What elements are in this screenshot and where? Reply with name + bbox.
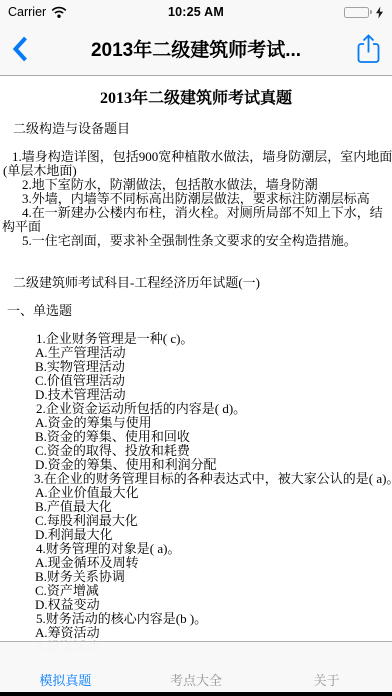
doc-line: A.生产管理活动 [0, 346, 392, 360]
doc-line: 1.企业财务管理是一种( c)。 [0, 332, 392, 346]
doc-line: 2.地下室防水，防潮做法，包括散水做法，墙身防潮 [0, 178, 392, 192]
charging-bolt-icon [375, 6, 384, 19]
doc-line [0, 262, 392, 276]
doc-line: B.实物管理活动 [0, 360, 392, 374]
bottom-black-bar [0, 692, 392, 696]
carrier-label: Carrier [8, 5, 46, 19]
doc-line: C.资产增减 [0, 584, 392, 598]
doc-line: D.权益变动 [0, 598, 392, 612]
doc-line: 二级构造与设备题目 [0, 122, 392, 136]
battery-icon [344, 7, 372, 18]
document-title: 2013年二级建筑师考试真题 [0, 89, 392, 108]
doc-line: 二级建筑师考试科目-工程经济历年试题(一) [0, 276, 392, 290]
status-time: 10:25 AM [128, 5, 264, 19]
doc-line: A.现金循环及周转 [0, 556, 392, 570]
status-bar: Carrier 10:25 AM [0, 0, 392, 22]
doc-line: 2.企业资金运动所包括的内容是( d)。 [0, 402, 392, 416]
doc-line: C.每股利润最大化 [0, 514, 392, 528]
doc-line [0, 136, 392, 150]
doc-line: 3.在企业的财务管理目标的各种表达式中，被大家公认的是( a)。 [0, 472, 392, 486]
tab-about[interactable]: 关于 [261, 642, 392, 692]
document-view[interactable]: 2013年二级建筑师考试真题 二级构造与设备题目1.墙身构造详图，包括900宽种… [0, 77, 392, 696]
share-icon [355, 33, 382, 64]
doc-line: 5.财务活动的核心内容是(b )。 [0, 612, 392, 626]
document-body: 二级构造与设备题目1.墙身构造详图，包括900宽种植散水做法，墙身防潮层，室内地… [0, 122, 392, 654]
doc-line [0, 290, 392, 304]
doc-line [0, 318, 392, 332]
doc-line: D.资金的筹集、使用和利润分配 [0, 458, 392, 472]
doc-line: 构平面 [0, 220, 392, 234]
back-chevron-icon [12, 36, 28, 62]
back-button[interactable] [6, 34, 34, 64]
doc-line: A.筹资活动 [0, 626, 392, 640]
doc-line: 5.一住宅剖面，要求补全强制性条文要求的安全构造措施。 [0, 234, 392, 248]
doc-line: D.利润最大化 [0, 528, 392, 542]
doc-line: B.财务关系协调 [0, 570, 392, 584]
doc-line: B.资金的筹集、使用和回收 [0, 430, 392, 444]
navigation-bar: 2013年二级建筑师考试... [0, 22, 392, 75]
tab-bar: 模拟真题考点大全关于 [0, 641, 392, 692]
doc-line: (单层木地面) [0, 164, 392, 178]
doc-line: 3.外墙，内墙等不同标高出防潮层做法，要求标注防潮层标高 [0, 192, 392, 206]
doc-line: 1.墙身构造详图，包括900宽种植散水做法，墙身防潮层，室内地面 [0, 150, 392, 164]
status-right [264, 6, 384, 19]
doc-line: 一、单选题 [0, 304, 392, 318]
share-button[interactable] [353, 31, 384, 66]
status-left: Carrier [8, 5, 128, 19]
doc-line: A.企业价值最大化 [0, 486, 392, 500]
doc-line: C.资金的取得、投放和耗费 [0, 444, 392, 458]
doc-line: B.产值最大化 [0, 500, 392, 514]
doc-line: 4.财务管理的对象是( a)。 [0, 542, 392, 556]
wifi-icon [51, 6, 67, 18]
nav-title: 2013年二级建筑师考试... [0, 35, 392, 62]
tab-mock-exams[interactable]: 模拟真题 [0, 642, 131, 692]
doc-line [0, 248, 392, 262]
header: Carrier 10:25 AM [0, 0, 392, 76]
app-screen: Carrier 10:25 AM [0, 0, 392, 696]
doc-line: C.价值管理活动 [0, 374, 392, 388]
tab-key-points[interactable]: 考点大全 [131, 642, 262, 692]
doc-line: A.资金的筹集与使用 [0, 416, 392, 430]
doc-line: 4.在一新建办公楼内布柱，消火栓。对厕所局部不知上下水，结 [0, 206, 392, 220]
doc-line: D.技术管理活动 [0, 388, 392, 402]
